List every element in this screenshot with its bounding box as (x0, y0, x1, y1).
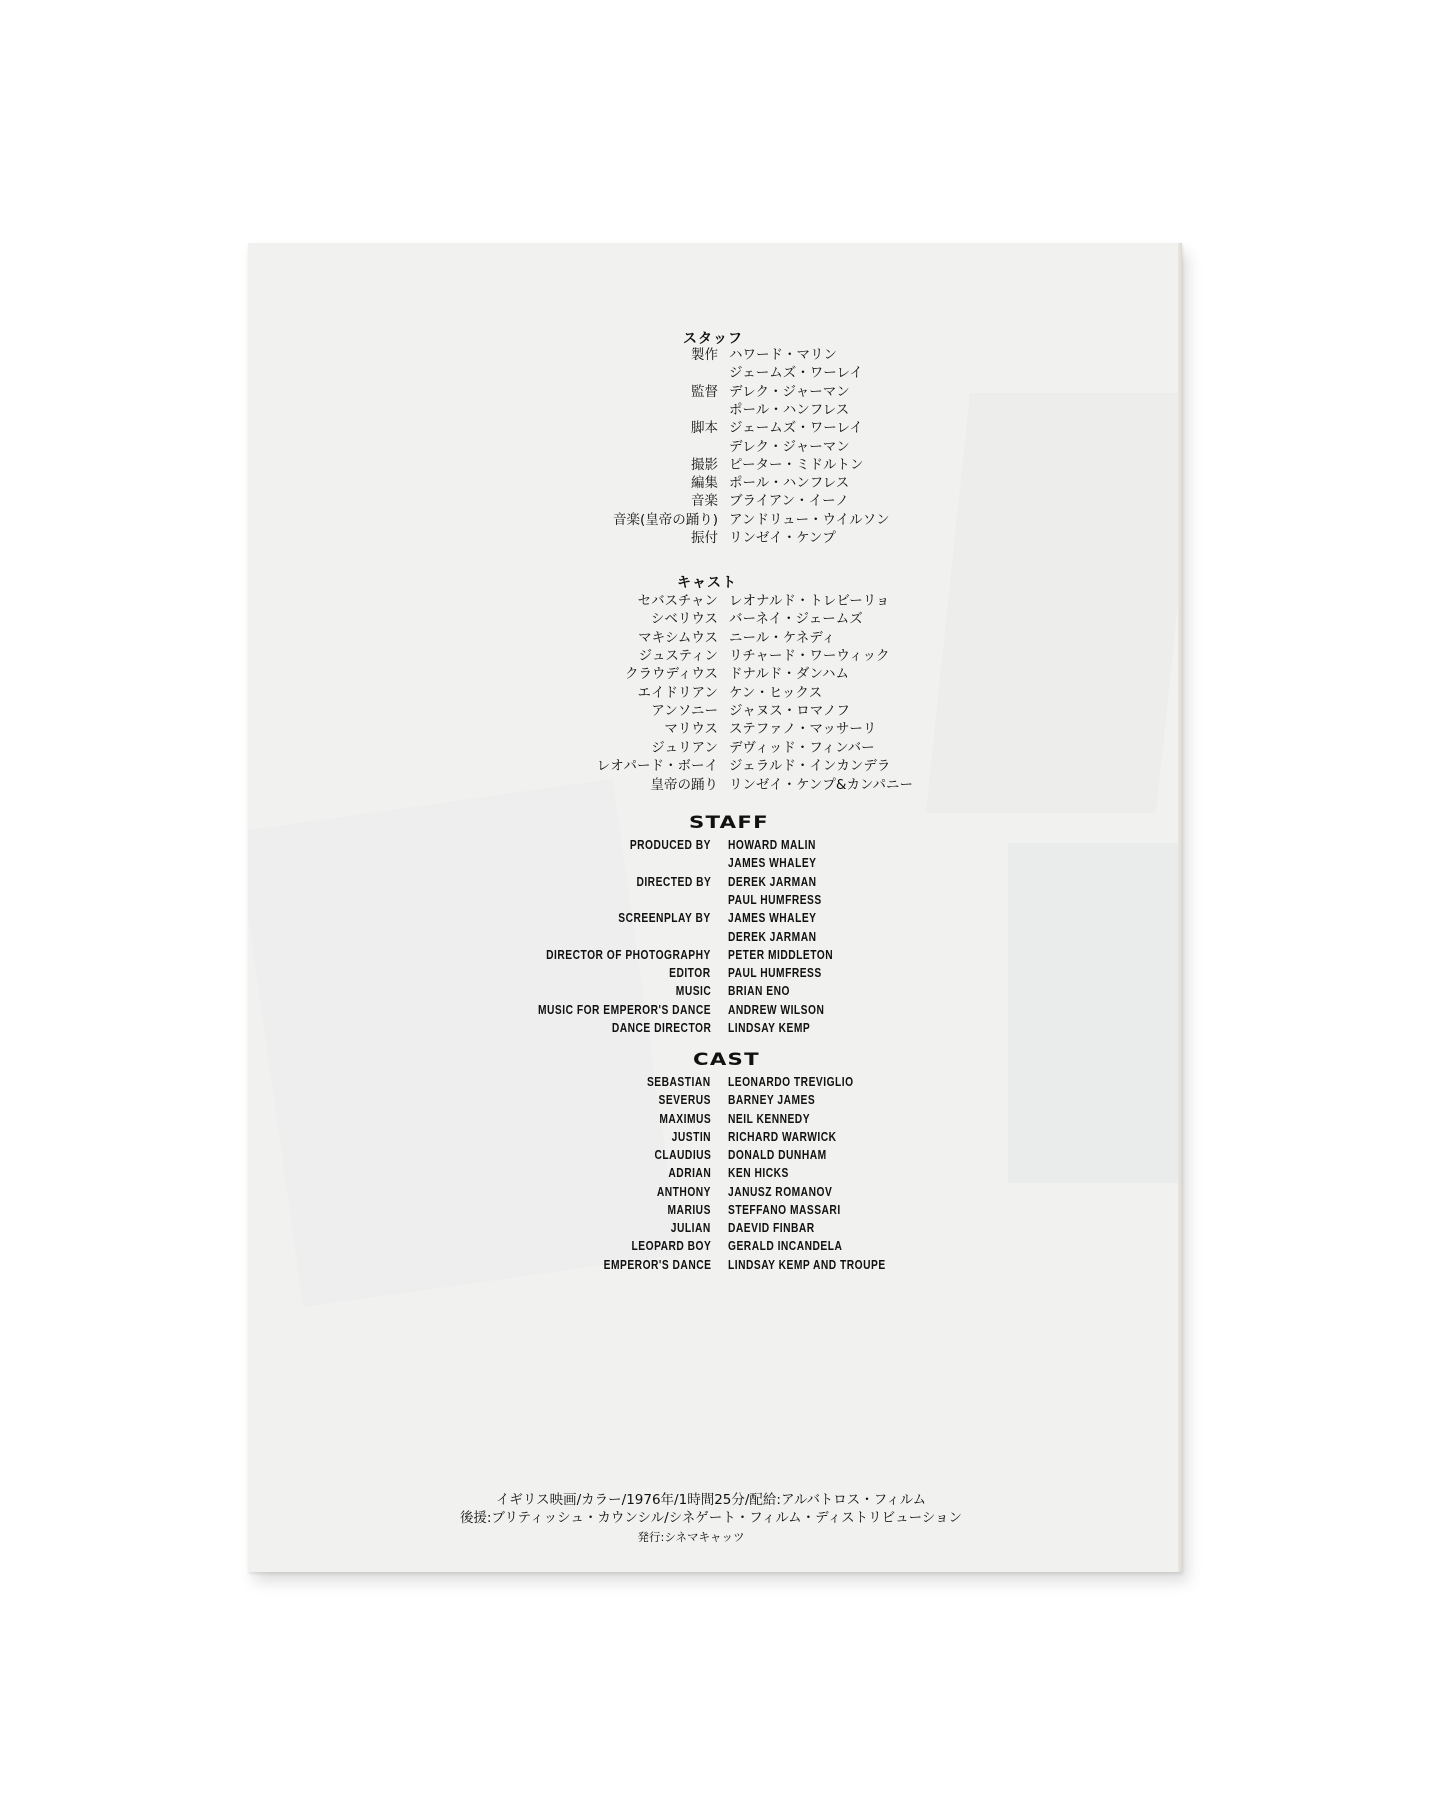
credit-row: MARIUSSTEFFANO MASSARI (248, 1201, 1182, 1219)
section-heading: キャスト (677, 572, 737, 592)
credit-row: 撮影ピーター・ミドルトン (248, 456, 1182, 474)
credit-name: GERALD INCANDELA (728, 1237, 842, 1255)
credit-row: PAUL HUMFRESS (248, 891, 1182, 909)
credit-role: SEVERUS (659, 1091, 711, 1109)
credit-name: ポール・ハンフレス (729, 401, 849, 419)
credit-row: 編集ポール・ハンフレス (248, 474, 1182, 492)
credit-name: デレク・ジャーマン (729, 438, 850, 456)
credit-name: ジェラルド・インカンデラ (729, 757, 890, 775)
credit-role: SEBASTIAN (647, 1073, 711, 1091)
credit-name: レオナルド・トレビーリョ (729, 592, 889, 610)
credit-row: DIRECTOR OF PHOTOGRAPHYPETER MIDDLETON (248, 946, 1182, 964)
credit-role: EDITOR (670, 964, 711, 982)
credit-role: マキシムウス (638, 629, 718, 647)
credit-row: シベリウスバーネイ・ジェームズ (248, 610, 1182, 628)
credit-name: PAUL HUMFRESS (728, 891, 822, 909)
credit-role: シベリウス (651, 610, 718, 628)
credit-name: ポール・ハンフレス (729, 474, 849, 492)
credit-row: MAXIMUSNEIL KENNEDY (248, 1110, 1182, 1128)
credit-role: MAXIMUS (659, 1110, 711, 1128)
credit-name: バーネイ・ジェームズ (729, 610, 863, 628)
credit-row: SCREENPLAY BYJAMES WHALEY (248, 909, 1182, 927)
credit-name: DAEVID FINBAR (728, 1219, 815, 1237)
film-info-line: イギリス映画/カラー/1976年/1時間25分/配給:アルバトロス・フィルム (248, 1491, 1178, 1509)
credit-role: 撮影 (691, 456, 718, 474)
credit-row: 振付リンゼイ・ケンプ (248, 529, 1182, 547)
credit-role: 監督 (691, 383, 718, 401)
credit-row: DANCE DIRECTORLINDSAY KEMP (248, 1019, 1182, 1037)
credit-role: MUSIC (676, 982, 711, 1000)
credit-row: ジュスティンリチャード・ワーウィック (248, 647, 1182, 665)
credit-role: DANCE DIRECTOR (611, 1019, 711, 1037)
credit-row: 音楽(皇帝の踊り)アンドリュー・ウイルソン (248, 511, 1182, 529)
credit-name: ケン・ヒックス (729, 684, 822, 702)
credit-role: JULIAN (671, 1219, 711, 1237)
printed-page: スタッフ製作ハワード・マリンジェームズ・ワーレイ監督デレク・ジャーマンポール・ハ… (248, 243, 1182, 1572)
credit-role: DIRECTED BY (636, 873, 711, 891)
credit-row: ANTHONYJANUSZ ROMANOV (248, 1183, 1182, 1201)
credit-row: 脚本ジェームズ・ワーレイ (248, 419, 1182, 437)
credit-name: JAMES WHALEY (728, 909, 816, 927)
credit-row: PRODUCED BYHOWARD MALIN (248, 836, 1182, 854)
credit-name: RICHARD WARWICK (728, 1128, 837, 1146)
credit-row: ADRIANKEN HICKS (248, 1164, 1182, 1182)
credit-row: EMPEROR'S DANCELINDSAY KEMP AND TROUPE (248, 1256, 1182, 1274)
credit-role: 脚本 (691, 419, 718, 437)
credit-row: SEVERUSBARNEY JAMES (248, 1091, 1182, 1109)
credit-role: ANTHONY (657, 1183, 711, 1201)
credit-row: 音楽ブライアン・イーノ (248, 492, 1182, 510)
credit-role: EMPEROR'S DANCE (603, 1256, 711, 1274)
credit-row: EDITORPAUL HUMFRESS (248, 964, 1182, 982)
credit-role: MARIUS (668, 1201, 711, 1219)
credit-row: DEREK JARMAN (248, 928, 1182, 946)
credit-row: MUSICBRIAN ENO (248, 982, 1182, 1000)
credit-role: セバスチャン (638, 592, 718, 610)
credit-role: レオパード・ボーイ (597, 757, 718, 775)
credit-name: PETER MIDDLETON (728, 946, 833, 964)
credit-role: 音楽(皇帝の踊り) (613, 511, 718, 529)
credit-role: PRODUCED BY (630, 836, 711, 854)
credit-role: 製作 (691, 346, 718, 364)
credit-name: LINDSAY KEMP (728, 1019, 810, 1037)
credit-row: SEBASTIANLEONARDO TREVIGLIO (248, 1073, 1182, 1091)
credit-name: NEIL KENNEDY (728, 1110, 810, 1128)
credit-name: BRIAN ENO (728, 982, 790, 1000)
credit-role: SCREENPLAY BY (619, 909, 711, 927)
credit-row: マキシムウスニール・ケネディ (248, 629, 1182, 647)
credit-row: JULIANDAEVID FINBAR (248, 1219, 1182, 1237)
credit-row: ジュリアンデヴィッド・フィンバー (248, 739, 1182, 757)
credit-role: CLAUDIUS (654, 1146, 711, 1164)
credit-role: 音楽 (691, 492, 718, 510)
credit-name: リンゼイ・ケンプ (729, 529, 836, 547)
sponsor-line: 後援:ブリティッシュ・カウンシル/シネゲート・フィルム・ディストリビューション (248, 1509, 1178, 1527)
credit-row: クラウディウスドナルド・ダンハム (248, 665, 1182, 683)
credit-name: LINDSAY KEMP AND TROUPE (728, 1256, 886, 1274)
credit-role: ジュリアン (651, 739, 718, 757)
credit-name: ジェームズ・ワーレイ (729, 364, 863, 382)
credit-role: JUSTIN (672, 1128, 711, 1146)
credit-role: マリウス (664, 720, 718, 738)
credit-row: 製作ハワード・マリン (248, 346, 1182, 364)
credit-name: デレク・ジャーマン (729, 383, 850, 401)
section-heading: CAST (693, 1050, 760, 1070)
credit-row: CLAUDIUSDONALD DUNHAM (248, 1146, 1182, 1164)
credit-row: セバスチャンレオナルド・トレビーリョ (248, 592, 1182, 610)
credit-name: ジェームズ・ワーレイ (729, 419, 863, 437)
credit-name: ニール・ケネディ (729, 629, 835, 647)
credit-name: ハワード・マリン (729, 346, 837, 364)
credit-row: ジェームズ・ワーレイ (248, 364, 1182, 382)
credit-role: LEOPARD BOY (631, 1237, 711, 1255)
credit-role: 編集 (691, 474, 718, 492)
credit-name: BARNEY JAMES (728, 1091, 815, 1109)
credit-row: LEOPARD BOYGERALD INCANDELA (248, 1237, 1182, 1255)
credit-name: STEFFANO MASSARI (728, 1201, 841, 1219)
credit-name: DEREK JARMAN (728, 928, 816, 946)
credit-name: KEN HICKS (728, 1164, 789, 1182)
credit-row: エイドリアンケン・ヒックス (248, 684, 1182, 702)
credit-name: ピーター・ミドルトン (729, 456, 863, 474)
credit-role: MUSIC FOR EMPEROR'S DANCE (538, 1001, 711, 1019)
credit-name: アンドリュー・ウイルソン (729, 511, 890, 529)
credit-row: DIRECTED BYDEREK JARMAN (248, 873, 1182, 891)
credit-role: クラウディウス (625, 665, 718, 683)
credit-row: マリウスステファノ・マッサーリ (248, 720, 1182, 738)
credit-row: 皇帝の踊りリンゼイ・ケンプ&カンパニー (248, 776, 1182, 794)
credit-name: リンゼイ・ケンプ&カンパニー (729, 776, 913, 794)
credit-name: JAMES WHALEY (728, 854, 816, 872)
credit-role: ジュスティン (639, 647, 718, 665)
credit-name: ANDREW WILSON (728, 1001, 824, 1019)
credit-row: ポール・ハンフレス (248, 401, 1182, 419)
credit-role: アンソニー (651, 702, 718, 720)
credit-row: MUSIC FOR EMPEROR'S DANCEANDREW WILSON (248, 1001, 1182, 1019)
credit-row: JUSTINRICHARD WARWICK (248, 1128, 1182, 1146)
credit-name: DONALD DUNHAM (728, 1146, 827, 1164)
credit-role: DIRECTOR OF PHOTOGRAPHY (546, 946, 711, 964)
credit-name: デヴィッド・フィンバー (729, 739, 875, 757)
credit-role: 皇帝の踊り (651, 776, 719, 794)
credit-name: ブライアン・イーノ (729, 492, 849, 510)
publisher-line: 発行:シネマキャッツ (248, 1528, 1158, 1546)
credit-row: 監督デレク・ジャーマン (248, 383, 1182, 401)
credit-name: PAUL HUMFRESS (728, 964, 822, 982)
credit-name: ジャヌス・ロマノフ (729, 702, 850, 720)
credit-name: DEREK JARMAN (728, 873, 816, 891)
credit-role: ADRIAN (668, 1164, 711, 1182)
credit-role: 振付 (691, 529, 718, 547)
credit-row: JAMES WHALEY (248, 854, 1182, 872)
credit-name: JANUSZ ROMANOV (728, 1183, 832, 1201)
credit-row: レオパード・ボーイジェラルド・インカンデラ (248, 757, 1182, 775)
section-heading: STAFF (689, 813, 769, 833)
credit-role: エイドリアン (638, 684, 718, 702)
section-heading: スタッフ (683, 328, 743, 348)
credit-row: アンソニージャヌス・ロマノフ (248, 702, 1182, 720)
credit-name: ドナルド・ダンハム (729, 665, 849, 683)
credit-name: LEONARDO TREVIGLIO (728, 1073, 854, 1091)
credit-row: デレク・ジャーマン (248, 438, 1182, 456)
credit-name: ステファノ・マッサーリ (729, 720, 876, 738)
credit-name: HOWARD MALIN (728, 836, 816, 854)
credit-name: リチャード・ワーウィック (729, 647, 890, 665)
